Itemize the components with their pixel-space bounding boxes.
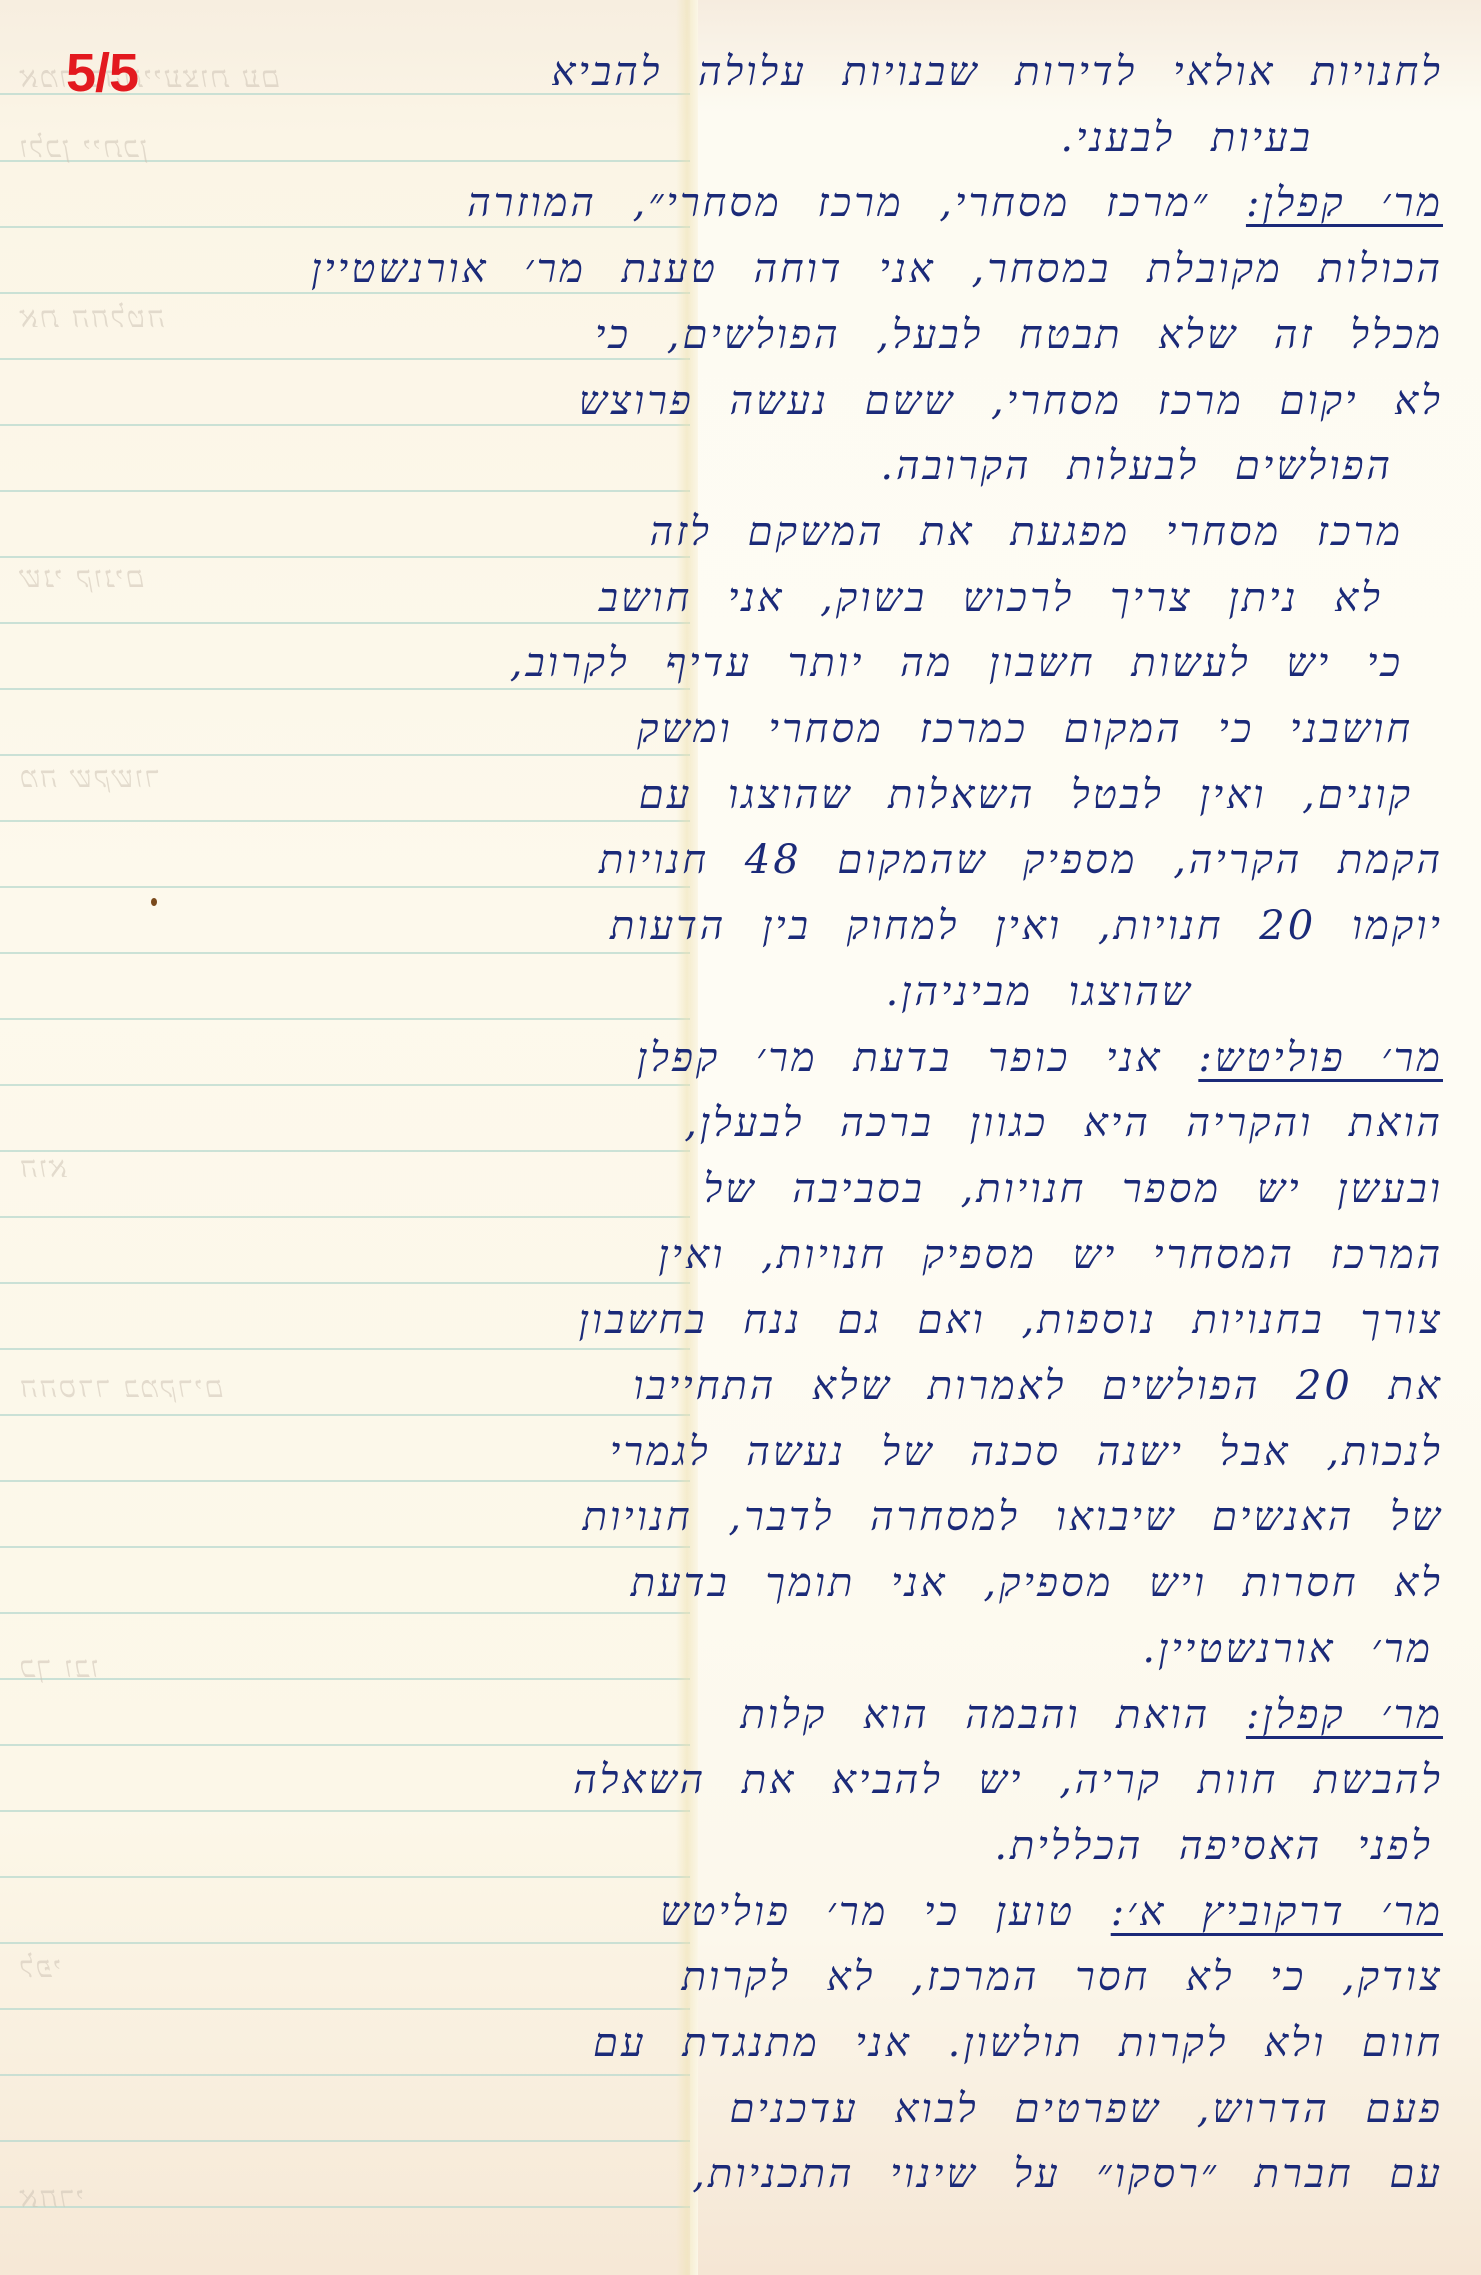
line-text: הפולשים לבעלות הקרובה. xyxy=(880,443,1393,489)
bleed-through-line: לפי xyxy=(18,1950,62,1985)
text-line: יוקמו 20 חנויות, ואין למחוק בין הדעות xyxy=(610,906,1443,946)
line-text: לחנויות אולאי לדירות שבנויות עלולה להביא xyxy=(552,49,1443,95)
line-text: בעיות לבעני. xyxy=(1060,115,1313,161)
text-line: כי יש לעשות חשבון מה יותר עדיף לקרוב, xyxy=(510,643,1403,683)
text-line: לא חסרות ויש מספיק, אני תומך בדעת xyxy=(631,1563,1443,1603)
line-text: שהוצגו מביניהן. xyxy=(886,969,1193,1015)
ruled-line xyxy=(0,358,690,360)
ruled-line xyxy=(0,2140,690,2142)
line-text: הכולות מקובלת במסחר, אני דוחה טענת מר׳ א… xyxy=(311,246,1443,292)
speaker-name: מר׳ פוליטש: xyxy=(1198,1035,1443,1081)
line-text: מרכז מסחרי מפגעת את המשקם לזה xyxy=(650,509,1403,555)
text-line: לא יקום מרכז מסחרי, ששם נעשה פרוצש xyxy=(579,381,1443,421)
line-text: צודק, כי לא חסר המרכז, לא לקרות xyxy=(682,1954,1443,2000)
ruled-line xyxy=(0,292,690,294)
text-line: לפני האסיפה הכללית. xyxy=(994,1826,1433,1866)
bleed-through-line: ולכן ייתכן xyxy=(18,130,148,165)
line-text: אני כופר בדעת מר׳ קפלן xyxy=(637,1035,1163,1081)
bleed-through-line: מה שקשור xyxy=(18,760,160,795)
line-text: ובעשן יש מספר חנויות, בסביבה של xyxy=(704,1166,1443,1212)
text-line: לא ניתן צריך לרכוש בשוק, אני חושב xyxy=(599,578,1383,618)
ink-spot xyxy=(151,898,157,906)
text-line: לנכות, אבל ישנה סכנה של נעשה לגמרי xyxy=(610,1432,1443,1472)
text-line: הפולשים לבעלות הקרובה. xyxy=(880,446,1393,486)
speaker-line: מר׳ קפלן: הואת והבמה הוא קלות xyxy=(740,1695,1443,1735)
line-text: הואת והבמה הוא קלות xyxy=(740,1692,1210,1738)
line-text: קונים, ואין לבטל השאלות שהוצגו עם xyxy=(639,772,1413,818)
ruled-line xyxy=(0,490,690,492)
line-text: חושבני כי המקום כמרכז מסחרי ומשק xyxy=(637,706,1413,752)
text-line: המרכז המסחרי יש מספיק חנויות, ואין xyxy=(658,1235,1443,1275)
line-text: את 20 הפולשים לאמרות שלא התחייבו xyxy=(633,1363,1443,1409)
speaker-name: מר׳ קפלן: xyxy=(1246,1692,1443,1738)
text-line: של האנשים שיבואו למסחרה לדבר, חנויות xyxy=(583,1497,1443,1537)
ruled-line xyxy=(0,1744,690,1746)
text-line: שהוצגו מביניהן. xyxy=(886,972,1193,1012)
ruled-line xyxy=(0,556,690,558)
speaker-line: מר׳ פוליטש: אני כופר בדעת מר׳ קפלן xyxy=(637,1038,1443,1078)
text-line: הואת והקריה היא כגוון ברכה לבעלן, xyxy=(684,1103,1443,1143)
ruled-line xyxy=(0,1942,690,1944)
ruled-line xyxy=(0,2008,690,2010)
line-text: פעם הדרוש, שפרטים לבוא עדכנים xyxy=(730,2086,1443,2132)
ruled-line xyxy=(0,1414,690,1416)
text-line: הכולות מקובלת במסחר, אני דוחה טענת מר׳ א… xyxy=(311,249,1443,289)
line-text: של האנשים שיבואו למסחרה לדבר, חנויות xyxy=(583,1494,1443,1540)
text-line: בעיות לבעני. xyxy=(1060,118,1313,158)
line-text: להבשת חוות קריה, יש להביא את השאלה xyxy=(573,1757,1443,1803)
ruled-line xyxy=(0,688,690,690)
ruled-line xyxy=(0,820,690,822)
bleed-through-line: אמר בהתייעצות עם xyxy=(18,60,280,95)
text-line: מרכז מסחרי מפגעת את המשקם לזה xyxy=(650,512,1403,552)
ruled-line xyxy=(0,1018,690,1020)
scanned-document: אמר בהתייעצות עםולכן ייתכןאת החלטהשני קו… xyxy=(0,0,1481,2275)
line-text: צורך בחנויות נוספות, ואם גם ננח בחשבון xyxy=(579,1297,1443,1343)
page-number-label: 5/5 xyxy=(66,46,138,100)
text-line: ובעשן יש מספר חנויות, בסביבה של xyxy=(704,1169,1443,1209)
line-text: כי יש לעשות חשבון מה יותר עדיף לקרוב, xyxy=(510,640,1403,686)
bleed-through-line: אחרי xyxy=(18,2180,84,2215)
ruled-line xyxy=(0,226,690,228)
text-line: להבשת חוות קריה, יש להביא את השאלה xyxy=(573,1760,1443,1800)
ruled-line xyxy=(0,952,690,954)
line-text: מר׳ אורנשטיין. xyxy=(1142,1626,1433,1672)
ruled-line xyxy=(0,1480,690,1482)
ruled-line xyxy=(0,1546,690,1548)
line-text: חוום ולא לקרות תולשון. אני מתנגדת עם xyxy=(593,2020,1443,2066)
text-line: צודק, כי לא חסר המרכז, לא לקרות xyxy=(682,1957,1443,1997)
line-text: המרכז המסחרי יש מספיק חנויות, ואין xyxy=(658,1232,1443,1278)
bleed-through-line: הוא xyxy=(18,1150,67,1185)
bleed-through-line: את החלטה xyxy=(18,300,165,335)
line-text: עם חברת ״רסקו״ על שינוי התכניות, xyxy=(692,2151,1443,2197)
ruled-line xyxy=(0,1282,690,1284)
speaker-name: מר׳ דרקוביץ א׳: xyxy=(1111,1889,1443,1935)
ruled-line xyxy=(0,1150,690,1152)
ruled-line xyxy=(0,424,690,426)
line-text: לנכות, אבל ישנה סכנה של נעשה לגמרי xyxy=(610,1429,1443,1475)
ruled-line xyxy=(0,1216,690,1218)
text-line: את 20 הפולשים לאמרות שלא התחייבו xyxy=(633,1366,1443,1406)
text-line: קונים, ואין לבטל השאלות שהוצגו עם xyxy=(639,775,1413,815)
bleed-through-line: ההסדר במקרים xyxy=(18,1370,224,1405)
line-text: הקמת הקריה, מספיק שהמקום 48 חנויות xyxy=(599,837,1443,883)
bleed-through-line: כך ובו xyxy=(18,1650,99,1685)
speaker-name: מר׳ קפלן: xyxy=(1246,180,1443,226)
speaker-line: מר׳ קפלן: ״מרכז מסחרי, מרכז מסחרי״, המוז… xyxy=(467,183,1443,223)
right-page: לחנויות אולאי לדירות שבנויות עלולה להביא… xyxy=(698,0,1481,2275)
speaker-line: מר׳ דרקוביץ א׳: טוען כי מר׳ פוליטש xyxy=(660,1892,1443,1932)
ruled-line xyxy=(0,2206,690,2208)
text-line: עם חברת ״רסקו״ על שינוי התכניות, xyxy=(692,2154,1443,2194)
ruled-line xyxy=(0,2074,690,2076)
line-text: לא חסרות ויש מספיק, אני תומך בדעת xyxy=(631,1560,1443,1606)
text-line: מכלל זה שלא תבטח לבעל, הפולשים, כי xyxy=(595,315,1443,355)
line-text: טוען כי מר׳ פוליטש xyxy=(660,1889,1075,1935)
ruled-line xyxy=(0,754,690,756)
ruled-line xyxy=(0,1876,690,1878)
text-line: הקמת הקריה, מספיק שהמקום 48 חנויות xyxy=(599,840,1443,880)
text-line: חושבני כי המקום כמרכז מסחרי ומשק xyxy=(637,709,1413,749)
bleed-through-line: שני קונים xyxy=(18,560,144,595)
ruled-line xyxy=(0,1810,690,1812)
ruled-line xyxy=(0,622,690,624)
text-line: לחנויות אולאי לדירות שבנויות עלולה להביא xyxy=(552,52,1443,92)
line-text: לא יקום מרכז מסחרי, ששם נעשה פרוצש xyxy=(579,378,1443,424)
line-text: לא ניתן צריך לרכוש בשוק, אני חושב xyxy=(599,575,1383,621)
left-page: אמר בהתייעצות עםולכן ייתכןאת החלטהשני קו… xyxy=(0,0,690,2275)
ruled-line xyxy=(0,1612,690,1614)
ruled-line xyxy=(0,1084,690,1086)
text-line: מר׳ אורנשטיין. xyxy=(1142,1629,1433,1669)
ruled-line xyxy=(0,1678,690,1680)
text-line: חוום ולא לקרות תולשון. אני מתנגדת עם xyxy=(593,2023,1443,2063)
text-line: פעם הדרוש, שפרטים לבוא עדכנים xyxy=(730,2089,1443,2129)
line-text: יוקמו 20 חנויות, ואין למחוק בין הדעות xyxy=(610,903,1443,949)
ruled-line xyxy=(0,1348,690,1350)
ruled-line xyxy=(0,886,690,888)
line-text: ״מרכז מסחרי, מרכז מסחרי״, המוזרה xyxy=(467,180,1210,226)
line-text: מכלל זה שלא תבטח לבעל, הפולשים, כי xyxy=(595,312,1443,358)
line-text: הואת והקריה היא כגוון ברכה לבעלן, xyxy=(684,1100,1443,1146)
text-line: צורך בחנויות נוספות, ואם גם ננח בחשבון xyxy=(579,1300,1443,1340)
line-text: לפני האסיפה הכללית. xyxy=(994,1823,1433,1869)
